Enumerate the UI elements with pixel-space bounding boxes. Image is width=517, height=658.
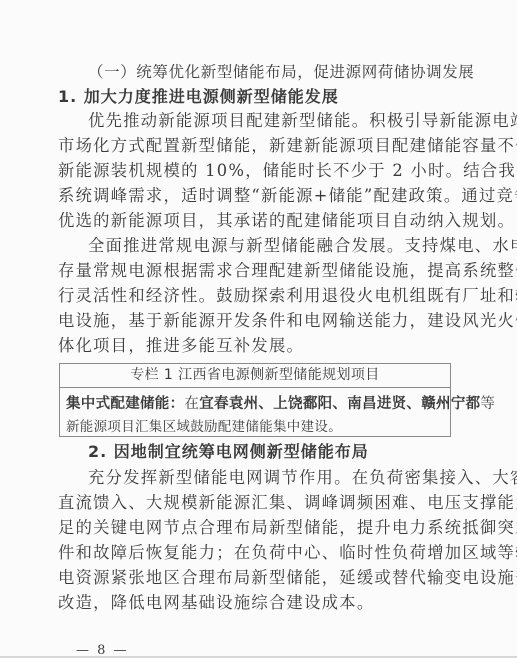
- feature-box-locations: 宜春袁州、上饶鄱阳、南昌进贤、赣州宁都: [199, 396, 480, 412]
- paragraph-line: 优先推动新能源项目配建新型储能。积极引导新能源电站以: [88, 111, 517, 131]
- paragraph-line: 行灵活性和经济性。鼓励探索利用退役火电机组既有厂址和输变: [58, 286, 517, 306]
- feature-box-text: 在: [184, 396, 199, 412]
- feature-box-line-2: 新能源项目汇集区域鼓励配建储能集中建设。: [66, 415, 342, 435]
- feature-box-line-1: 集中式配建储能：在宜春袁州、上饶鄱阳、南昌进贤、赣州宁都等: [66, 392, 495, 413]
- paragraph-line: 充分发挥新型储能电网调节作用。在负荷密集接入、大容量: [88, 468, 517, 488]
- paragraph-line: 体化项目，推进多能互补发展。: [58, 336, 304, 356]
- subsection-1-title: 1. 加大力度推进电源侧新型储能发展: [58, 87, 339, 107]
- paragraph-line: 件和故障后恢复能力；在负荷中心、临时性负荷增加区域等输变: [58, 543, 517, 563]
- paragraph-line: 全面推进常规电源与新型储能融合发展。支持煤电、水电等: [88, 236, 517, 256]
- paragraph-line: 市场化方式配置新型储能，新建新能源项目配建储能容量不低于: [58, 136, 517, 156]
- paragraph-line: 改造，降低电网基础设施综合建设成本。: [58, 593, 374, 613]
- feature-box-label: 集中式配建储能：: [66, 396, 184, 412]
- paragraph-line: 系统调峰需求，适时调整“新能源+储能”配建政策。通过竞争: [58, 186, 517, 206]
- paragraph-line: 直流馈入、大规模新能源汇集、调峰调频困难、电压支撑能力不: [58, 493, 517, 513]
- paragraph-line: 优选的新能源项目，其承诺的配建储能项目自动纳入规划。: [58, 211, 515, 231]
- paragraph-line: 足的关键电网节点合理布局新型储能，提升电力系统抵御突发事: [58, 518, 517, 538]
- paragraph-line: 新能源装机规模的 10%，储能时长不少于 2 小时。结合我省电力: [58, 161, 517, 181]
- paragraph-line: 存量常规电源根据需求合理配建新型储能设施，提高系统整体运: [58, 261, 517, 281]
- section-heading: （一）统筹优化新型储能布局，促进源网荷储协调发展: [88, 62, 474, 82]
- feature-box: 专栏 1 江西省电源侧新型储能规划项目 集中式配建储能：在宜春袁州、上饶鄱阳、南…: [59, 363, 451, 437]
- subsection-2-title: 2. 因地制宜统筹电网侧新型储能布局: [88, 442, 369, 462]
- paragraph-line: 电设施，基于新能源开发条件和电网输送能力，建设风光火储一: [58, 311, 517, 331]
- feature-box-title: 专栏 1 江西省电源侧新型储能规划项目: [60, 364, 450, 388]
- feature-box-text: 等: [480, 396, 495, 412]
- paragraph-line: 电资源紧张地区合理布局新型储能，延缓或替代输变电设施升级: [58, 568, 517, 588]
